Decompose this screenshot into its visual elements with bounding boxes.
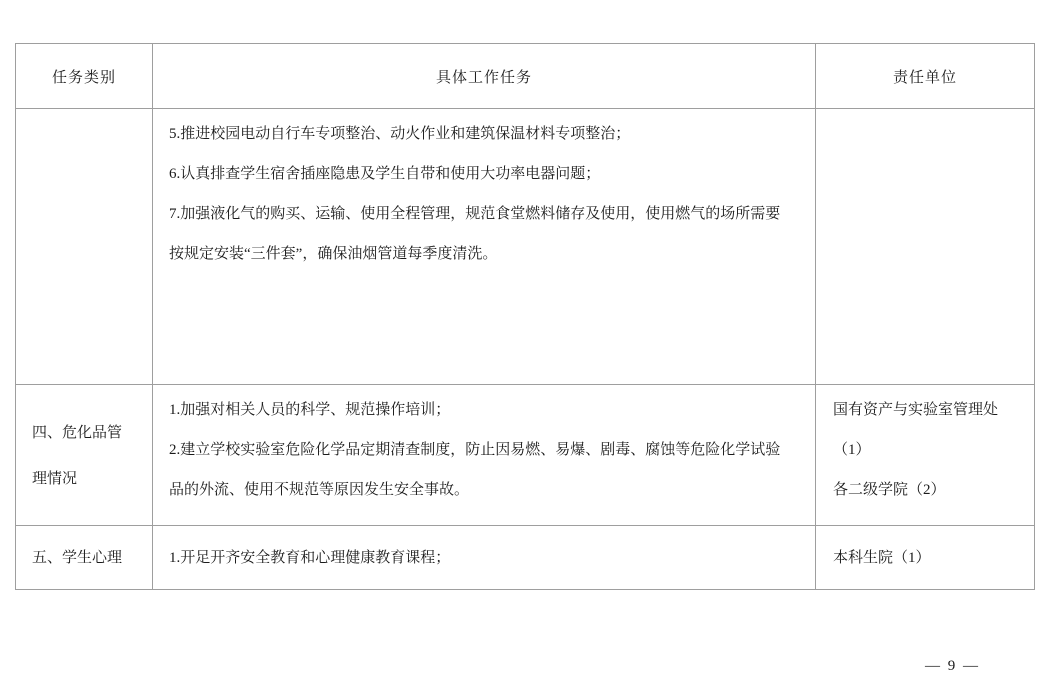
category-cell [16,109,153,385]
responsible-unit-cell [816,109,1035,385]
tasks-cell: 1.加强对相关人员的科学、规范操作培训；2.建立学校实验室危险化学品定期清查制度… [153,385,816,526]
category-cell: 五、学生心理 [16,526,153,590]
responsible-unit: 各二级学院（2） [833,470,1004,510]
table-row: 5.推进校园电动自行车专项整治、动火作业和建筑保温材料专项整治；6.认真排查学生… [16,109,1035,385]
task-paragraph: 7.加强液化气的购买、运输、使用全程管理，规范食堂燃料储存及使用，使用燃气的场所… [169,194,781,274]
task-paragraph: 2.建立学校实验室危险化学品定期清查制度，防止因易燃、易爆、剧毒、腐蚀等危险化学… [169,430,781,510]
responsible-unit-cell: 国有资产与实验室管理处（1）各二级学院（2） [816,385,1035,526]
tasks-cell: 5.推进校园电动自行车专项整治、动火作业和建筑保温材料专项整治；6.认真排查学生… [153,109,816,385]
header-responsible-unit: 责任单位 [816,44,1035,109]
category-label: 五、学生心理 [32,550,122,566]
category-label: 四、危化品管理情况 [32,425,122,487]
task-paragraph: 6.认真排查学生宿舍插座隐患及学生自带和使用大功率电器问题； [169,154,781,194]
table-row: 五、学生心理1.开足开齐安全教育和心理健康教育课程；本科生院（1） [16,526,1035,590]
document-page: 任务类别 具体工作任务 责任单位 5.推进校园电动自行车专项整治、动火作业和建筑… [0,0,1050,691]
task-paragraph: 1.开足开齐安全教育和心理健康教育课程； [169,538,781,578]
task-paragraph: 1.加强对相关人员的科学、规范操作培训； [169,390,781,430]
work-tasks-table: 任务类别 具体工作任务 责任单位 5.推进校园电动自行车专项整治、动火作业和建筑… [15,43,1035,590]
responsible-unit-cell: 本科生院（1） [816,526,1035,590]
header-task-category: 任务类别 [16,44,153,109]
responsible-unit: 本科生院（1） [833,538,1004,578]
responsible-unit: 国有资产与实验室管理处（1） [833,390,1004,470]
category-cell: 四、危化品管理情况 [16,385,153,526]
task-paragraph: 5.推进校园电动自行车专项整治、动火作业和建筑保温材料专项整治； [169,114,781,154]
header-specific-tasks: 具体工作任务 [153,44,816,109]
page-number: — 9 — [925,658,980,675]
tasks-cell: 1.开足开齐安全教育和心理健康教育课程； [153,526,816,590]
table-header-row: 任务类别 具体工作任务 责任单位 [16,44,1035,109]
table-row: 四、危化品管理情况1.加强对相关人员的科学、规范操作培训；2.建立学校实验室危险… [16,385,1035,526]
